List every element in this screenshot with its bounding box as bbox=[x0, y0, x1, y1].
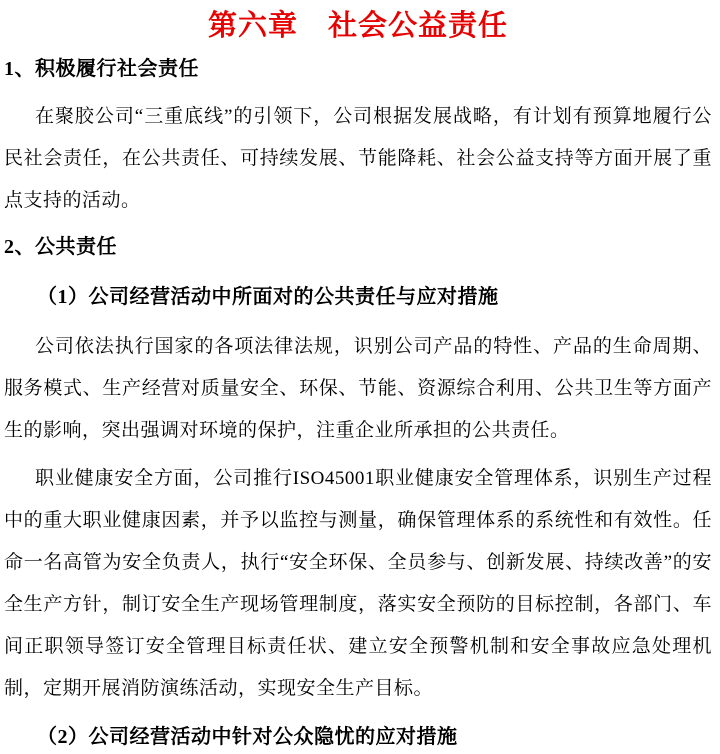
document-page: 第六章 社会公益责任 1、积极履行社会责任 在聚胶公司“三重底线”的引领下，公司… bbox=[0, 6, 720, 754]
subsection-2-2-heading: （2）公司经营活动中针对公众隐忧的应对措施 bbox=[4, 724, 712, 750]
subsection-2-1-paragraph-2: 职业健康安全方面，公司推行ISO45001职业健康安全管理体系，识别生产过程中的… bbox=[4, 458, 712, 710]
section-1-paragraph: 在聚胶公司“三重底线”的引领下，公司根据发展战略，有计划有预算地履行公民社会责任… bbox=[4, 96, 712, 222]
subsection-2-1-paragraph-1: 公司依法执行国家的各项法律法规，识别公司产品的特性、产品的生命周期、服务模式、生… bbox=[4, 326, 712, 452]
chapter-title: 第六章 社会公益责任 bbox=[4, 6, 712, 46]
subsection-2-1-heading: （1）公司经营活动中所面对的公共责任与应对措施 bbox=[4, 284, 712, 310]
section-2-heading: 2、公共责任 bbox=[4, 234, 712, 260]
section-1-heading: 1、积极履行社会责任 bbox=[4, 56, 712, 82]
